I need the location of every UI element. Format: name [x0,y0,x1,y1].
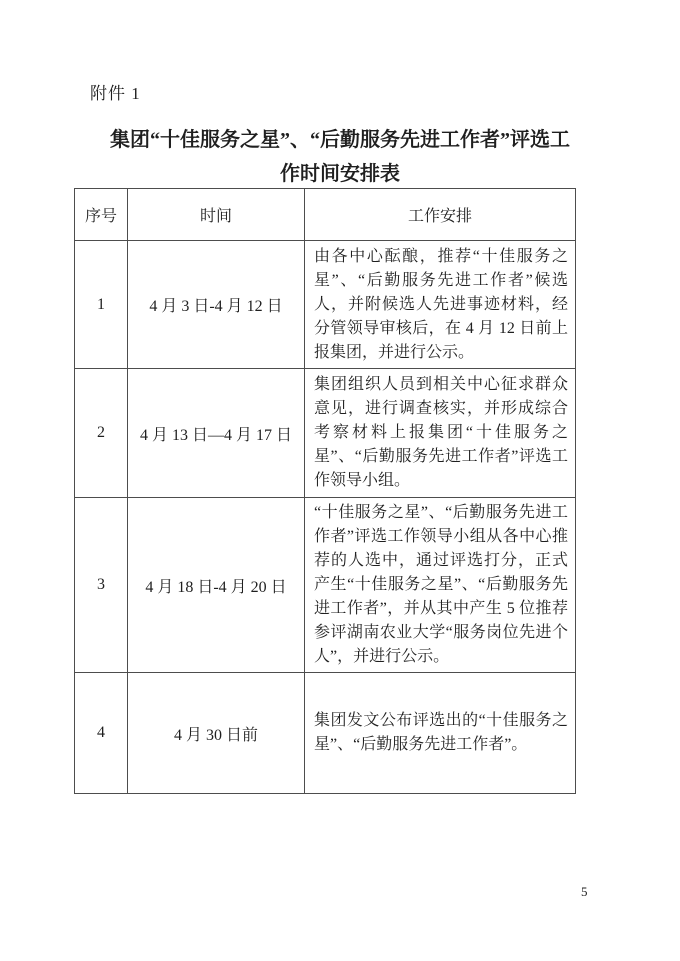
table-header-row: 序号 时间 工作安排 [75,189,576,241]
time-cell: 4 月 13 日—4 月 17 日 [128,369,305,498]
page-title-line-2: 作时间安排表 [78,157,602,191]
work-arrangement-cell: 由各中心酝酿，推荐“十佳服务之星”、“后勤服务先进工作者”候选人，并附候选人先进… [305,241,576,369]
time-cell: 4 月 3 日-4 月 12 日 [128,241,305,369]
table-row: 4 4 月 30 日前 集团发文公布评选出的“十佳服务之星”、“后勤服务先进工作… [75,673,576,794]
row-number-cell: 3 [75,498,128,673]
row-number-cell: 4 [75,673,128,794]
page-title: 集团“十佳服务之星”、“后勤服务先进工作者”评选工 作时间安排表 [78,123,602,191]
schedule-table: 序号 时间 工作安排 1 4 月 3 日-4 月 12 日 由各中心酝酿，推荐“… [74,188,576,794]
document-page: 附件 1 集团“十佳服务之星”、“后勤服务先进工作者”评选工 作时间安排表 序号… [0,0,680,961]
attachment-label: 附件 1 [90,79,141,104]
header-cell-time: 时间 [128,189,305,241]
work-arrangement-cell: “十佳服务之星”、“后勤服务先进工作者”评选工作领导小组从各中心推荐的人选中，通… [305,498,576,673]
table-row: 2 4 月 13 日—4 月 17 日 集团组织人员到相关中心征求群众意见，进行… [75,369,576,498]
header-cell-number: 序号 [75,189,128,241]
row-number-cell: 2 [75,369,128,498]
page-number: 5 [581,884,588,900]
work-arrangement-cell: 集团发文公布评选出的“十佳服务之星”、“后勤服务先进工作者”。 [305,673,576,794]
table-row: 1 4 月 3 日-4 月 12 日 由各中心酝酿，推荐“十佳服务之星”、“后勤… [75,241,576,369]
header-cell-work: 工作安排 [305,189,576,241]
table-row: 3 4 月 18 日-4 月 20 日 “十佳服务之星”、“后勤服务先进工作者”… [75,498,576,673]
time-cell: 4 月 18 日-4 月 20 日 [128,498,305,673]
time-cell: 4 月 30 日前 [128,673,305,794]
work-arrangement-cell: 集团组织人员到相关中心征求群众意见，进行调查核实，并形成综合考察材料上报集团“十… [305,369,576,498]
row-number-cell: 1 [75,241,128,369]
page-title-line-1: 集团“十佳服务之星”、“后勤服务先进工作者”评选工 [78,123,602,157]
